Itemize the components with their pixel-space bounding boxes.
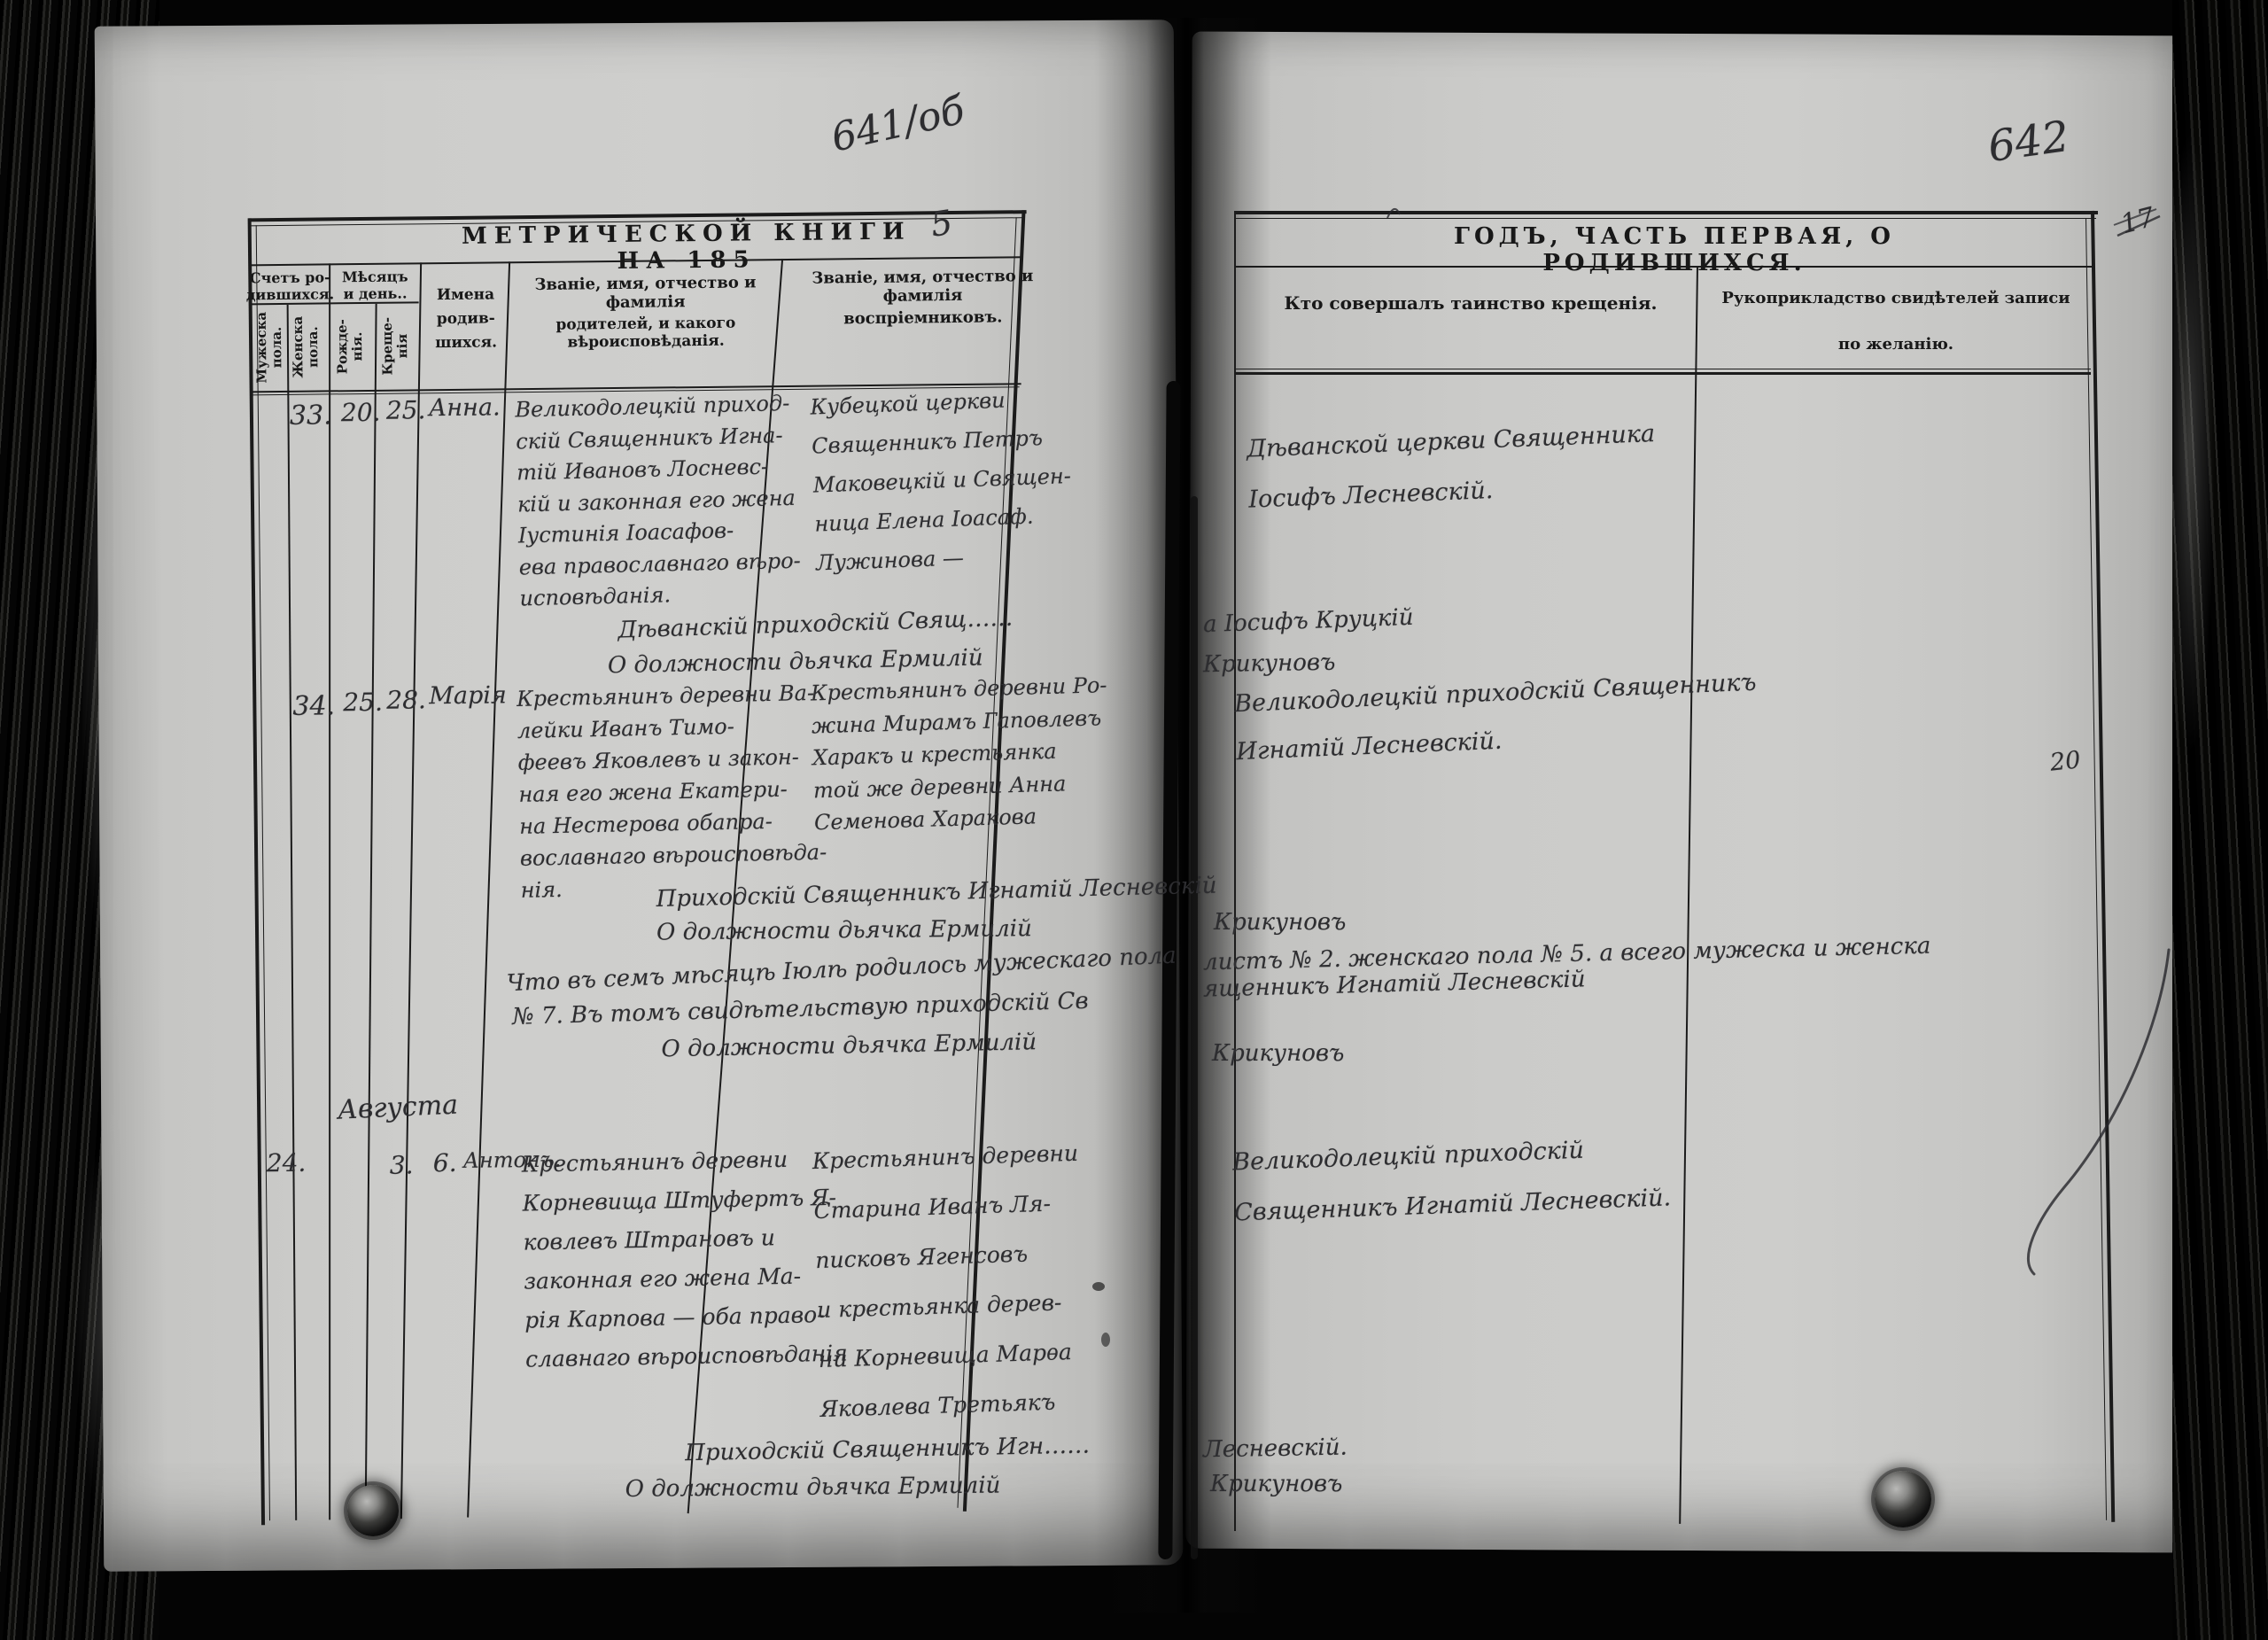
corner-mark: 17	[2117, 202, 2158, 241]
month-note-line3-continued: Крикуновъ	[1212, 1040, 1344, 1067]
grid-line	[1234, 211, 2098, 214]
grid-line	[1234, 369, 2091, 369]
clerk-signature-continued: Крикуновъ	[1214, 909, 1346, 936]
clerk-signature-continued: Крикуновъ	[1203, 649, 1336, 679]
record-performed-by-lines: Великодолецкій приходскійСвященникъ Игна…	[1231, 1117, 1820, 1239]
right-page-content: ГОДЪ, ЧАСТЬ ПЕРВАЯ, О РОДИВШИХСЯ. Кто со…	[0, 0, 2268, 1640]
grid-line	[1234, 218, 2096, 219]
officiant-signature-continued: Лесневскій.	[1203, 1434, 1348, 1464]
grid-line	[1234, 372, 2091, 375]
column-header-officiant: Кто совершалъ таинство крещенія.	[1258, 292, 1683, 314]
margin-number: 20	[2048, 746, 2081, 776]
binding-grommet-right	[1875, 1471, 1931, 1527]
column-header-witness-2: по желанію.	[1719, 335, 2073, 354]
metrical-book-scan: МЕТРИЧЕСКОЙ КНИГИ НА 185 Счетъ ро- дивши…	[0, 0, 2268, 1640]
record-performed-by-lines: Дѣванской церкви СвященникаІосифъ Леснев…	[1246, 401, 1834, 525]
binding-grommet-left	[347, 1485, 399, 1536]
clerk-signature-continued: Крикуновъ	[1210, 1471, 1342, 1497]
column-header-witness: Рукоприкладство свидѣтелей записи	[1719, 289, 2073, 307]
page-number-right: 642	[1985, 112, 2073, 172]
right-page-title: ГОДЪ, ЧАСТЬ ПЕРВАЯ, О РОДИВШИХСЯ.	[1320, 223, 2029, 276]
grid-line	[1234, 211, 1236, 1531]
